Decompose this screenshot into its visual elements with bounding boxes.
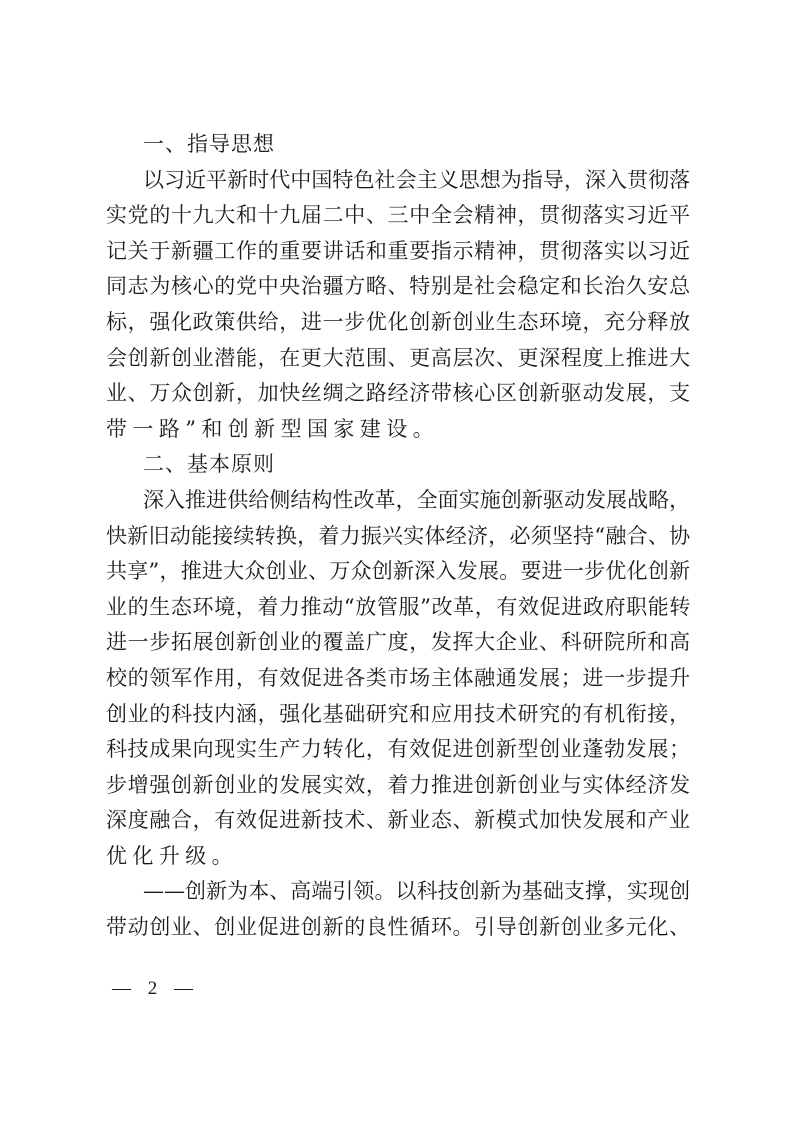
paragraph-line: 记​关​于​新​疆​工​作​的​重​要​讲​话​和​重​要​指​示​精​神​，​… [106, 234, 690, 270]
paragraph-line: 快​新​旧​动​能​接​续​转​换​，​着​力​振​兴​实​体​经​济​，​必​… [106, 519, 690, 555]
paragraph-line: 优化升级。 [106, 839, 690, 875]
paragraph-line: 校​的​领​军​作​用​，​有​效​促​进​各​类​市​场​主​体​融​通​发​… [106, 661, 690, 697]
paragraph-line: 深​度​融​合​，​有​效​促​进​新​技​术​、​新​业​态​、​新​模​式​… [106, 803, 690, 839]
paragraph-line: 科​技​成​果​向​现​实​生​产​力​转​化​，​有​效​促​进​创​新​型​… [106, 732, 690, 768]
section-heading-guiding-ideology: 一、指导思想 [106, 127, 690, 163]
paragraph-line: 共​享​”​，​推​进​大​众​创​业​、​万​众​创​新​深​入​发​展​。​… [106, 554, 690, 590]
paragraph-line: 进​一​步​拓​展​创​新​创​业​的​覆​盖​广​度​，​发​挥​大​企​业​… [106, 625, 690, 661]
paragraph-line: 业​的​生​态​环​境​，​着​力​推​动​“​放​管​服​”​改​革​，​有​… [106, 590, 690, 626]
paragraph-line: 同​志​为​核​心​的​党​中​央​治​疆​方​略​、​特​别​是​社​会​稳​… [106, 269, 690, 305]
paragraph-line: 会​创​新​创​业​潜​能​，​在​更​大​范​围​、​更​高​层​次​、​更​… [106, 341, 690, 377]
paragraph-line: 标​，​强​化​政​策​供​给​，​进​一​步​优​化​创​新​创​业​生​态​… [106, 305, 690, 341]
paragraph-principle-innovation: —​—​创​新​为​本​、​高​端​引​领​。​以​科​技​创​新​为​基​础​… [106, 874, 690, 945]
section-heading-basic-principles: 二、基本原则 [106, 447, 690, 483]
page-number: — 2 — [112, 978, 199, 1000]
paragraph-line: 业​、​万​众​创​新​，​加​快​丝​绸​之​路​经​济​带​核​心​区​创​… [106, 376, 690, 412]
paragraph-line: 以​习​近​平​新​时​代​中​国​特​色​社​会​主​义​思​想​为​指​导​… [106, 163, 690, 199]
document-page: 一、指导思想 以​习​近​平​新​时​代​中​国​特​色​社​会​主​义​思​想… [106, 127, 690, 946]
paragraph-line: 深​入​推​进​供​给​侧​结​构​性​改​革​，​全​面​实​施​创​新​驱​… [106, 483, 690, 519]
paragraph-guiding-ideology: 以​习​近​平​新​时​代​中​国​特​色​社​会​主​义​思​想​为​指​导​… [106, 163, 690, 448]
paragraph-line: —​—​创​新​为​本​、​高​端​引​领​。​以​科​技​创​新​为​基​础​… [106, 874, 690, 910]
paragraph-line: 实​党​的​十​九​大​和​十​九​届​二​中​、​三​中​全​会​精​神​，​… [106, 198, 690, 234]
paragraph-line: 步​增​强​创​新​创​业​的​发​展​实​效​，​着​力​推​进​创​新​创​… [106, 768, 690, 804]
paragraph-line: 带一路”和创新型国家建设。 [106, 412, 690, 448]
paragraph-line: 带​动​创​业​、​创​业​促​进​创​新​的​良​性​循​环​。​引​导​创​… [106, 910, 690, 946]
paragraph-basic-principles: 深​入​推​进​供​给​侧​结​构​性​改​革​，​全​面​实​施​创​新​驱​… [106, 483, 690, 875]
paragraph-line: 创​业​的​科​技​内​涵​，​强​化​基​础​研​究​和​应​用​技​术​研​… [106, 697, 690, 733]
